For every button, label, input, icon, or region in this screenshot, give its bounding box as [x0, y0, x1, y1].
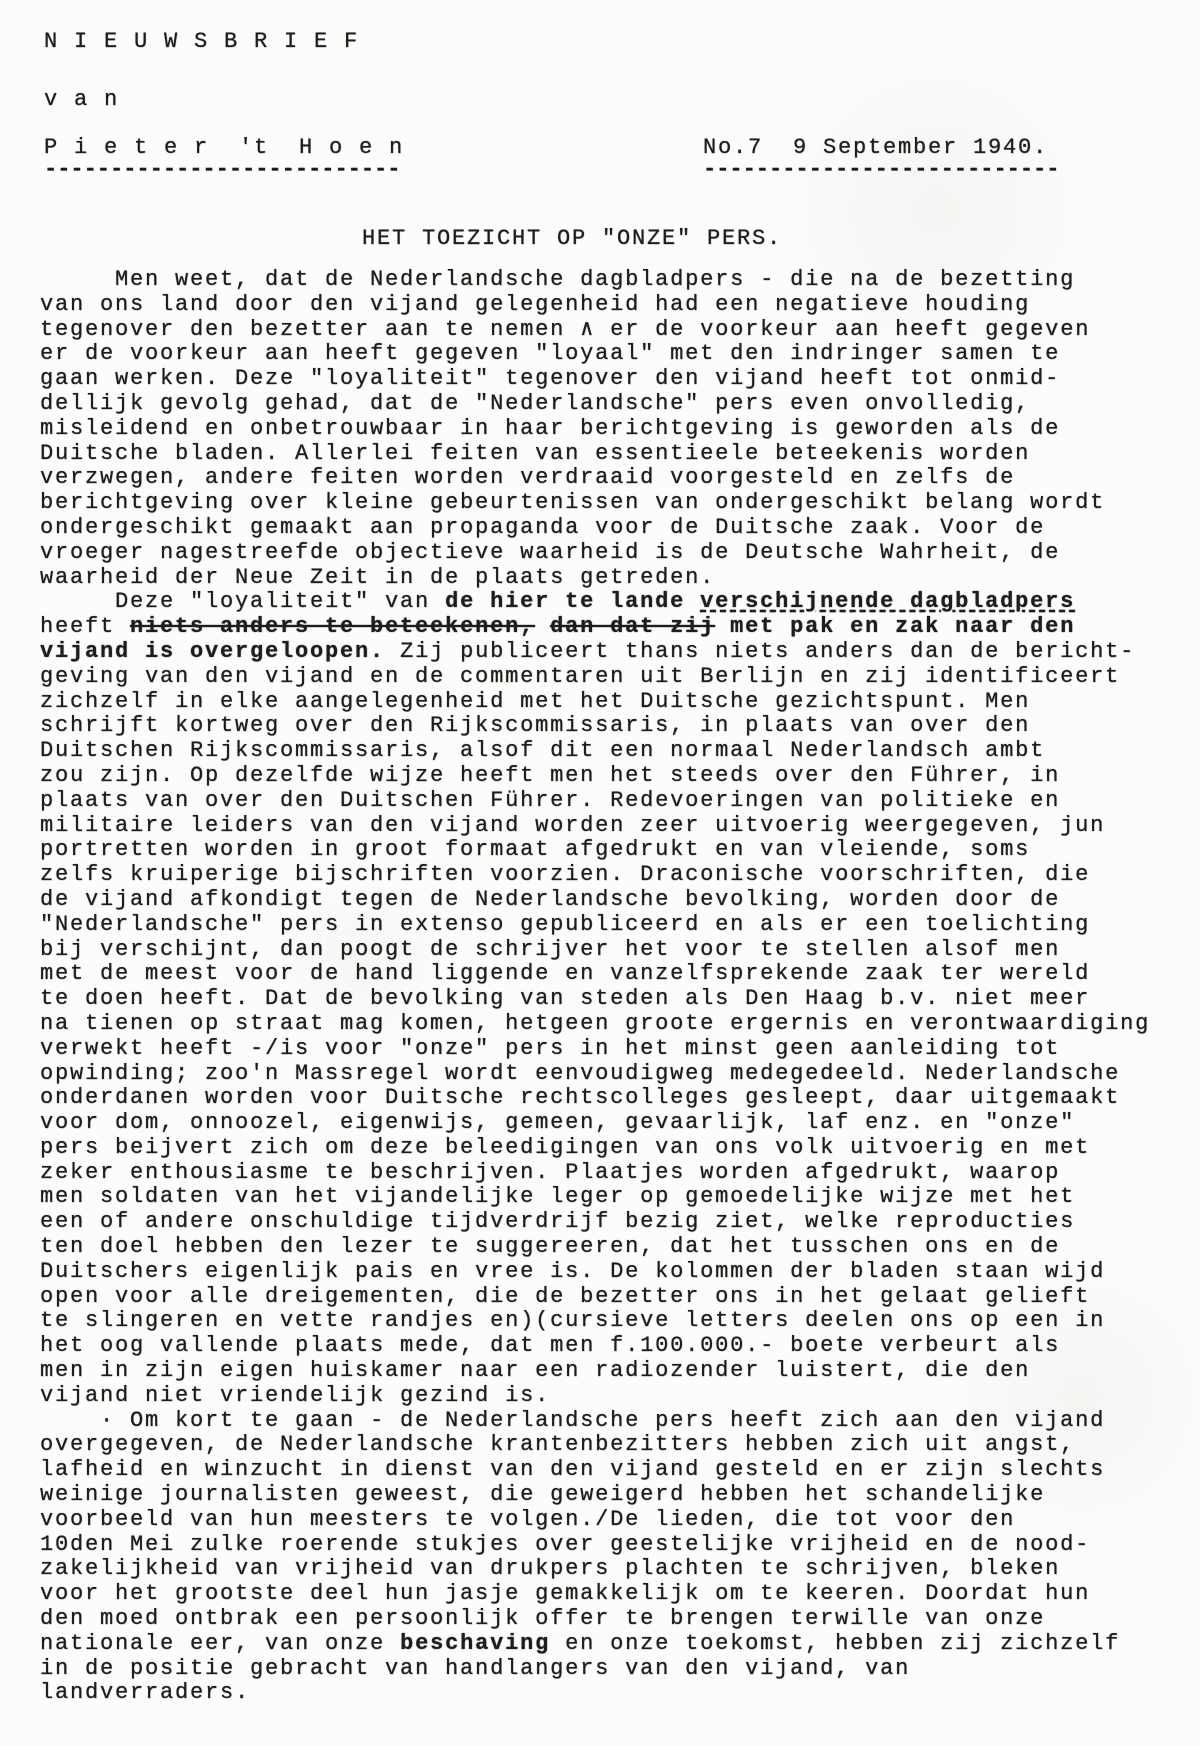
text-line: Duitschen Rijkscommissaris, alsof dit ee… — [40, 739, 1150, 764]
text-line: te doen heeft. Dat de bevolking van sted… — [40, 987, 1150, 1012]
text-line: militaire leiders van den vijand worden … — [40, 814, 1150, 839]
publication-preposition: v a n — [44, 88, 119, 113]
text-line: tegenover den bezetter aan te nemen ∧ er… — [40, 318, 1150, 343]
text-line: ten doel hebben den lezer te suggereeren… — [40, 1235, 1150, 1260]
text-line: vijand is overgeloopen. Zij publiceert t… — [40, 640, 1150, 665]
text-line: voor het grootste deel hun jasje gemakke… — [40, 1582, 1150, 1607]
text-line: heeft niets anders te beteekenen, dan da… — [40, 615, 1150, 640]
text-line: met de meest voor de hand liggende en va… — [40, 962, 1150, 987]
emphasized-text: vijand is overgeloopen. — [40, 639, 385, 664]
text-line: zichzelf in elke aangelegenheid met het … — [40, 690, 1150, 715]
text-line: berichtgeving over kleine gebeurtenissen… — [40, 491, 1150, 516]
text-line: landverraders. — [40, 1681, 1150, 1706]
text-line: waarheid der Neue Zeit in de plaats getr… — [40, 566, 1150, 591]
text-line: lafheid en winzucht in dienst van den vi… — [40, 1458, 1150, 1483]
text-line: zakelijkheid van vrijheid van drukpers p… — [40, 1557, 1150, 1582]
text-line: te slingeren en vette randjes en)(cursie… — [40, 1309, 1150, 1334]
text-line: er de voorkeur aan heeft gegeven "loyaal… — [40, 342, 1150, 367]
text-line: Duitsche bladen. Allerlei feiten van ess… — [40, 442, 1150, 467]
emphasized-text: dan dat zij — [550, 614, 715, 639]
author-underline-dashes: --------------------------- — [44, 158, 400, 183]
document-body: Men weet, dat de Nederlandsche dagbladpe… — [40, 268, 1150, 1706]
text-line: zelfs kruiperige bijschriften voorzien. … — [40, 863, 1150, 888]
text-line: 10den Mei zulke roerende stukjes over ge… — [40, 1533, 1150, 1558]
text-line: Deze "loyaliteit" van de hier te lande v… — [40, 590, 1150, 615]
text-line: vijand niet vriendelijk gezind is. — [40, 1384, 1150, 1409]
article-title: HET TOEZICHT OP "ONZE" PERS. — [362, 227, 782, 252]
text-line: men in zijn eigen huiskamer naar een rad… — [40, 1359, 1150, 1384]
text-line: "Nederlandsche" pers in extenso gepublic… — [40, 913, 1150, 938]
text-line: verwekt heeft -/is voor "onze" pers in h… — [40, 1037, 1150, 1062]
text-line: verzwegen, andere feiten worden verdraai… — [40, 466, 1150, 491]
text-line: in de positie gebracht van handlangers v… — [40, 1657, 1150, 1682]
text-line: overgegeven, de Nederlandsche krantenbez… — [40, 1433, 1150, 1458]
text-line: pers beijvert zich om deze beleedigingen… — [40, 1136, 1150, 1161]
emphasized-text: verschijnende dagbladpers — [700, 589, 1075, 614]
text-line: het oog vallende plaats mede, dat men f.… — [40, 1334, 1150, 1359]
text-line: bij verschijnt, dan poogt de schrijver h… — [40, 938, 1150, 963]
text-line: geving van den vijand en de commentaren … — [40, 665, 1150, 690]
text-line: onderdanen worden voor Duitsche rechtsco… — [40, 1086, 1150, 1111]
text-line: open voor alle dreigementen, die de beze… — [40, 1285, 1150, 1310]
text-line: de vijand afkondigt tegen de Nederlandsc… — [40, 888, 1150, 913]
text-line: opwinding; zoo'n Massregel wordt eenvoud… — [40, 1062, 1150, 1087]
text-line: vroeger nagestreefde objectieve waarheid… — [40, 541, 1150, 566]
text-line: den moed ontbrak een persoonlijk offer t… — [40, 1607, 1150, 1632]
text-line: weinige journalisten geweest, die geweig… — [40, 1483, 1150, 1508]
emphasized-text: met pak en zak naar den — [730, 614, 1075, 639]
publication-name: N I E U W S B R I E F — [44, 30, 359, 55]
text-line: na tienen op straat mag komen, hetgeen g… — [40, 1012, 1150, 1037]
text-line: voorbeeld van hun meesters te volgen./De… — [40, 1508, 1150, 1533]
text-line: · Om kort te gaan - de Nederlandsche per… — [40, 1409, 1150, 1434]
scanned-newsletter-page: N I E U W S B R I E F v a n P i e t e r … — [0, 0, 1200, 1746]
text-line: schrijft kortweg over den Rijkscommissar… — [40, 714, 1150, 739]
text-line: gaan werken. Deze "loyaliteit" tegenover… — [40, 367, 1150, 392]
text-line: dellijk gevolg gehad, dat de "Nederlands… — [40, 392, 1150, 417]
text-line: plaats van over den Duitschen Führer. Re… — [40, 789, 1150, 814]
text-line: een of andere onschuldige tijdverdrijf b… — [40, 1210, 1150, 1235]
text-line: Duitschers eigenlijk pais en vree is. De… — [40, 1260, 1150, 1285]
text-line: van ons land door den vijand gelegenheid… — [40, 293, 1150, 318]
text-line: men soldaten van het vijandelijke leger … — [40, 1185, 1150, 1210]
emphasized-text: niets anders te beteekenen, — [130, 614, 535, 639]
text-line: zeker enthousiasme te beschrijven. Plaat… — [40, 1161, 1150, 1186]
text-line: ondergeschikt gemaakt aan propaganda voo… — [40, 516, 1150, 541]
text-line: misleidend en onbetrouwbaar in haar beri… — [40, 417, 1150, 442]
text-line: nationale eer, van onze beschaving en on… — [40, 1632, 1150, 1657]
text-line: zou zijn. Op dezelfde wijze heeft men he… — [40, 764, 1150, 789]
emphasized-text: de hier te lande — [445, 589, 700, 614]
text-line: portretten worden in groot formaat afged… — [40, 838, 1150, 863]
text-line: Men weet, dat de Nederlandsche dagbladpe… — [40, 268, 1150, 293]
issue-underline-dashes: --------------------------- — [703, 158, 1059, 183]
text-line: voor dom, onnoozel, eigenwijs, gemeen, g… — [40, 1111, 1150, 1136]
emphasized-text: beschaving — [400, 1631, 550, 1656]
